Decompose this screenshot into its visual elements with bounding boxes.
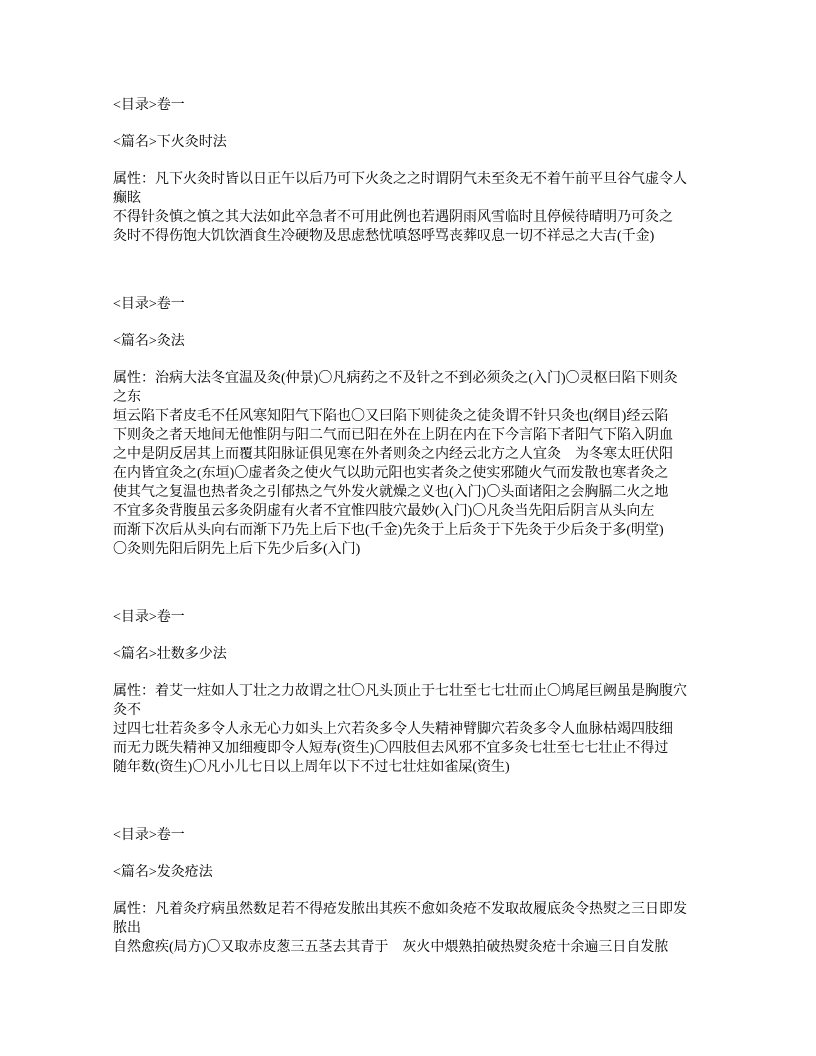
toc-line: <目录>卷一 [113, 295, 728, 314]
section-body: 属性：治病大法冬宜温及灸(仲景)〇凡病药之不及针之不到必须灸之(入门)〇灵枢曰陷… [113, 369, 728, 559]
section-body: 属性：凡下火灸时皆以日正午以后乃可下火灸之之时谓阴气未至灸无不着午前平旦谷气虚令… [113, 170, 728, 246]
document-section: <目录>卷一 <篇名>下火灸时法 属性：凡下火灸时皆以日正午以后乃可下火灸之之时… [113, 96, 728, 246]
document-section: <目录>卷一 <篇名>灸法 属性：治病大法冬宜温及灸(仲景)〇凡病药之不及针之不… [113, 295, 728, 559]
toc-line: <目录>卷一 [113, 96, 728, 115]
chapter-title: <篇名>壮数多少法 [113, 645, 728, 664]
document-content: <目录>卷一 <篇名>下火灸时法 属性：凡下火灸时皆以日正午以后乃可下火灸之之时… [0, 0, 816, 957]
document-page: <目录>卷一 <篇名>下火灸时法 属性：凡下火灸时皆以日正午以后乃可下火灸之之时… [0, 0, 816, 1056]
toc-line: <目录>卷一 [113, 608, 728, 627]
chapter-title: <篇名>灸法 [113, 332, 728, 351]
chapter-title: <篇名>下火灸时法 [113, 133, 728, 152]
toc-line: <目录>卷一 [113, 826, 728, 845]
section-body: 属性：凡着灸疗病虽然数足若不得疮发脓出其疾不愈如灸疮不发取故履底灸令热熨之三日即… [113, 900, 728, 957]
document-section: <目录>卷一 <篇名>发灸疮法 属性：凡着灸疗病虽然数足若不得疮发脓出其疾不愈如… [113, 826, 728, 957]
document-section: <目录>卷一 <篇名>壮数多少法 属性：着艾一炷如人丁壮之力故谓之壮〇凡头顶止于… [113, 608, 728, 777]
chapter-title: <篇名>发灸疮法 [113, 863, 728, 882]
section-body: 属性：着艾一炷如人丁壮之力故谓之壮〇凡头顶止于七壮至七七壮而止〇鸠尾巨阙虽是胸腹… [113, 682, 728, 777]
